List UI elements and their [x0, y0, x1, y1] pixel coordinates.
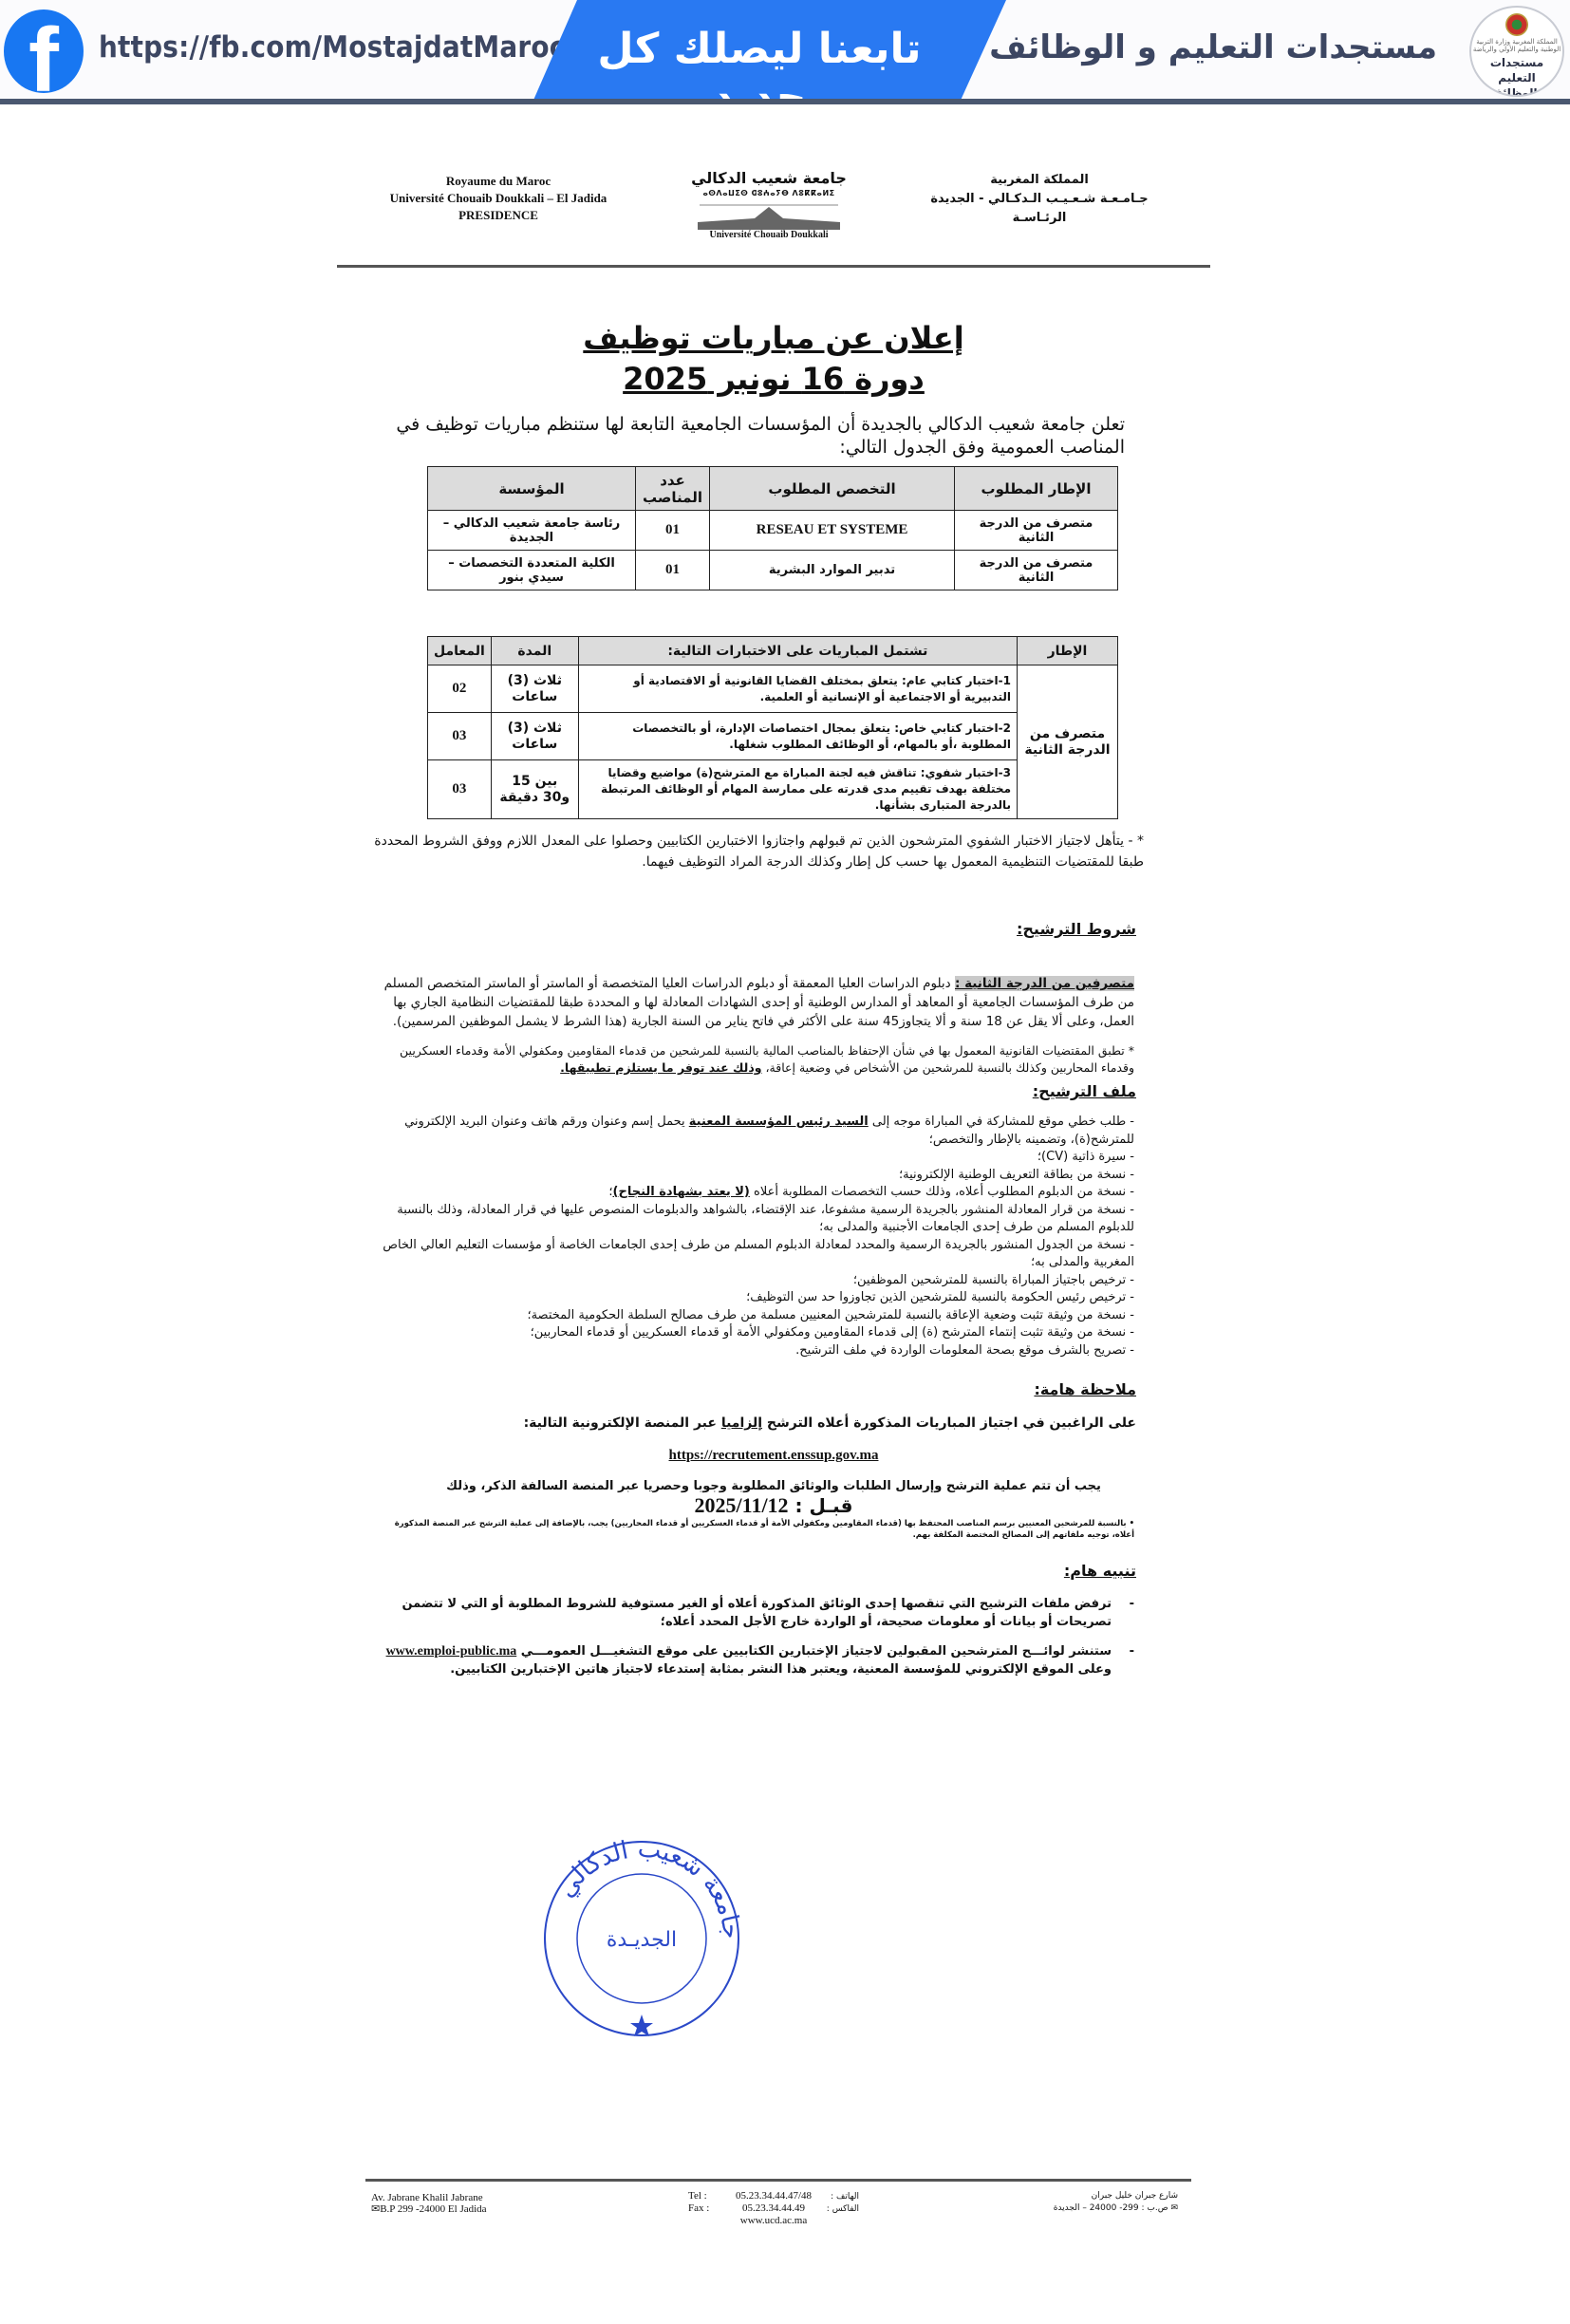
tel-value: 05.23.34.44.47/48 [726, 2190, 821, 2202]
intro-paragraph: تعلن جامعة شعيب الدكالي بالجديدة أن المؤ… [308, 400, 1210, 459]
list-item: - ترخيص باجتياز المباراة بالنسبة للمترشح… [365, 1272, 1134, 1290]
emblem-icon [1505, 13, 1528, 36]
table-row: 2-اختبار كتابي خاص: يتعلق بمجال اختصاصات… [428, 713, 1118, 760]
emploi-public-link[interactable]: www.emploi-public.ma [386, 1644, 517, 1659]
cell-institution: الكلية المتعددة التخصصات – سيدي بنور [428, 551, 636, 590]
title-line-2: دورة 16 نونبر 2025 [337, 358, 1210, 400]
website-link[interactable]: www.ucd.ac.ma [726, 2215, 821, 2226]
item-text: وعلى الموقع الإلكتروني للمؤسسة المعنية، … [450, 1662, 1112, 1677]
reserved-posts-note: * تطبق المقتضيات القانونية المعمول بها ف… [275, 1042, 1210, 1077]
footer-street-ar: شارع جبران خليل جبران [1054, 2190, 1178, 2202]
platform-text: على الراغبين في اجتياز المباريات المذكور… [762, 1415, 1136, 1431]
cell-duration: ثلاث (3) ساعات [491, 665, 578, 713]
tel-label: Tel : [688, 2190, 726, 2202]
recruitment-platform-link[interactable]: https://recrutement.enssup.gov.ma [337, 1448, 1210, 1464]
file-requirements-list: - طلب خطي موقع للمشاركة في المباراة موجه… [275, 1114, 1210, 1359]
top-banner: f https://fb.com/MostajdatMaroc تابعنا ل… [0, 0, 1570, 104]
letterhead-university-ar: جـامـعـة شـعـيـب الـدكـالي - الجديدة [897, 190, 1182, 209]
footer-address-ar: شارع جبران خليل جبران ✉ ص.ب : 299- 24000… [1054, 2190, 1178, 2215]
deadline: قبـل : 2025/11/12 [337, 1495, 1210, 1516]
mandatory-underlined: إلزاميا [721, 1415, 762, 1431]
banner-divider [0, 99, 1570, 104]
fax-label-ar: الفاكس : [821, 2203, 859, 2215]
facebook-icon[interactable]: f [4, 9, 84, 93]
tel-label-ar: الهاتف : [821, 2191, 859, 2202]
footer-po-box-fr: ✉B.P 299 -24000 El Jadida [371, 2203, 487, 2215]
list-item: ستنشر لوائـــح المترشحين المقبولين لاجتي… [365, 1642, 1134, 1678]
logo-name: مستجدات التعليم والوظائف [1471, 55, 1562, 97]
cell-institution: رئاسة جامعة شعيب الدكالي – الجديدة [428, 511, 636, 551]
footer-divider [365, 2179, 1191, 2182]
cell-specialty: RESEAU ET SYSTEME [710, 511, 955, 551]
cell-duration: بين 15 و30 دقيقة [491, 760, 578, 819]
header-duration: المدة [491, 637, 578, 665]
site-logo-icon[interactable]: المملكة المغربية وزارة التربية الوطنية و… [1469, 6, 1564, 97]
item-text: - نسخة من الدبلوم المطلوب أعلاه، وذلك حس… [750, 1185, 1134, 1199]
page-title: إعلان عن مباريات توظيف دورة 16 نونبر 202… [337, 318, 1210, 400]
logo-tifinagh-name: ⴰⵙⴷⴰⵡⵉⵙ ⵛⵓⵄⴰⵢⴱ ⴷⵓⴽⴽⴰⵍⵉ [688, 189, 850, 197]
conditions-highlight: متصرفين من الدرجة الثانية : [955, 976, 1134, 991]
letterhead-kingdom-ar: المملكة المغربية [897, 171, 1182, 190]
cell-frame: متصرف من الدرجة الثانية [955, 511, 1118, 551]
logo-arabic-name: جامعة شعيب الدكالي [688, 169, 850, 187]
header-coefficient: المعامل [428, 637, 492, 665]
cell-duration: ثلاث (3) ساعات [491, 713, 578, 760]
mountain-logo-icon [698, 203, 840, 230]
list-item: - نسخة من قرار المعادلة المنشور بالجريدة… [365, 1202, 1134, 1237]
logo-french-name: Université Chouaib Doukkali [688, 230, 850, 240]
letterhead-kingdom-fr: Royaume du Maroc [356, 173, 641, 190]
stamp-inner-text: الجديـدة [607, 1928, 677, 1952]
letterhead-presidence-ar: الرئـاسـة [897, 209, 1182, 228]
fax-label: Fax : [688, 2202, 726, 2214]
oral-exam-note: * - يتأهل لاجتياز الاختبار الشفوي المترش… [275, 819, 1210, 872]
header-exams: تشتمل المباريات على الاختبارات التالية: [578, 637, 1017, 665]
list-item: - سيرة ذاتية (CV)؛ [365, 1149, 1134, 1167]
footer-address-fr: Av. Jabrane Khalil Jabrane ✉B.P 299 -240… [371, 2192, 487, 2215]
cell-coefficient: 03 [428, 760, 492, 819]
platform-text: عبر المنصة الإلكترونية التالية: [524, 1415, 721, 1431]
list-item: - طلب خطي موقع للمشاركة في المباراة موجه… [365, 1114, 1134, 1149]
important-note-heading: ملاحظة هامة: [337, 1380, 1210, 1398]
letterhead: Royaume du Maroc Université Chouaib Douk… [337, 152, 1210, 271]
cell-frame: متصرف من الدرجة الثانية [1018, 665, 1118, 819]
header-specialty: التخصص المطلوب [710, 467, 955, 511]
university-logo: جامعة شعيب الدكالي ⴰⵙⴷⴰⵡⵉⵙ ⵛⵓⵄⴰⵢⴱ ⴷⵓⴽⴽⴰⵍ… [688, 169, 850, 240]
table-row: متصرف من الدرجة الثانية RESEAU ET SYSTEM… [428, 511, 1118, 551]
reserved-posts-text: * تطبق المقتضيات القانونية المعمول بها ف… [400, 1043, 1134, 1075]
facebook-url-link[interactable]: https://fb.com/MostajdatMaroc [99, 30, 565, 65]
logo-small-text: المملكة المغربية وزارة التربية الوطنية و… [1471, 38, 1562, 53]
table-row: متصرف من الدرجة الثانية 1-اختبار كتابي ع… [428, 665, 1118, 713]
follow-us-text: تابعنا ليصلك كل جديد [551, 25, 968, 122]
header-institution: المؤسسة [428, 467, 636, 511]
list-item: ترفض ملفات الترشيح التي تنقصها إحدى الوث… [365, 1595, 1134, 1631]
list-item: - ترخيص رئيس الحكومة بالنسبة للمترشحين ا… [365, 1289, 1134, 1307]
exams-header-row: الإطار تشتمل المباريات على الاختبارات ال… [428, 637, 1118, 665]
warning-heading: تنبيه هام: [337, 1562, 1210, 1580]
header-frame: الإطار المطلوب [955, 467, 1118, 511]
letterhead-divider [337, 265, 1210, 268]
cell-exam: 1-اختبار كتابي عام: يتعلق بمختلف القضايا… [578, 665, 1017, 713]
star-icon [630, 2015, 653, 2036]
list-item: - نسخة من وثيقة تثبت إنتماء المترشح (ة) … [365, 1324, 1134, 1342]
list-item: - نسخة من الجدول المنشور بالجريدة الرسمي… [365, 1237, 1134, 1272]
footer-po-box-ar: ✉ ص.ب : 299- 24000 – الجديدة [1054, 2202, 1178, 2215]
cell-count: 01 [636, 511, 710, 551]
conditions-heading: شروط الترشيح: [337, 920, 1210, 938]
header-count: عدد المناصب [636, 467, 710, 511]
exams-table: الإطار تشتمل المباريات على الاختبارات ال… [427, 636, 1118, 819]
warning-list: ترفض ملفات الترشيح التي تنقصها إحدى الوث… [275, 1595, 1210, 1678]
item-text: - طلب خطي موقع للمشاركة في المباراة موجه… [869, 1115, 1134, 1129]
table-row: 3-اختبار شفوي: تناقش فيه لجنة المباراة م… [428, 760, 1118, 819]
reserved-posts-underlined: وذلك عند توفر ما يستلزم تطبيقها. [560, 1060, 761, 1075]
official-stamp-icon: جامعة شعيب الدكالي الجديـدة [541, 1838, 742, 2039]
exam-label: 3-اختبار شفوي: [921, 766, 1011, 779]
cell-exam: 3-اختبار شفوي: تناقش فيه لجنة المباراة م… [578, 760, 1017, 819]
cell-count: 01 [636, 551, 710, 590]
list-item: - نسخة من الدبلوم المطلوب أعلاه، وذلك حس… [365, 1184, 1134, 1202]
fax-value: 05.23.34.44.49 [726, 2202, 821, 2214]
exam-label: 1-اختبار كتابي عام: [902, 674, 1011, 687]
letterhead-french: Royaume du Maroc Université Chouaib Douk… [356, 173, 641, 224]
letterhead-university-fr: Université Chouaib Doukkali – El Jadida [356, 190, 641, 207]
exam-label: 2-اختبار كتابي خاص: [894, 722, 1011, 735]
reserved-posts-bullet: • بالنسبة للمرشحين المعنيين برسم المناصب… [275, 1518, 1210, 1541]
list-item: - نسخة من وثيقة تثبت وضعية الإعاقة بالنس… [365, 1307, 1134, 1325]
file-heading: ملف الترشيح: [337, 1082, 1210, 1100]
cell-coefficient: 02 [428, 665, 492, 713]
list-item: - تصريح بالشرف موقع بصحة المعلومات الوار… [365, 1342, 1134, 1360]
cell-exam: 2-اختبار كتابي خاص: يتعلق بمجال اختصاصات… [578, 713, 1017, 760]
cell-frame: متصرف من الدرجة الثانية [955, 551, 1118, 590]
cell-specialty: تدبير الموارد البشرية [710, 551, 955, 590]
item-text: ستنشر لوائـــح المترشحين المقبولين لاجتي… [516, 1644, 1112, 1659]
platform-requirement: على الراغبين في اجتياز المباريات المذكور… [337, 1415, 1210, 1431]
svg-text:جامعة شعيب الدكالي: جامعة شعيب الدكالي [551, 1838, 742, 1940]
title-line-1: إعلان عن مباريات توظيف [337, 318, 1210, 358]
deadline-date: 2025/11/12 [695, 1493, 789, 1517]
letterhead-arabic: المملكة المغربية جـامـعـة شـعـيـب الـدكـ… [897, 171, 1182, 228]
announcement-document: Royaume du Maroc Université Chouaib Douk… [337, 152, 1210, 1690]
submission-instruction: يجب أن تتم عملية الترشح وإرسال الطلبات و… [337, 1479, 1210, 1493]
letterhead-presidence-fr: PRESIDENCE [356, 207, 641, 224]
positions-header-row: الإطار المطلوب التخصص المطلوب عدد المناص… [428, 467, 1118, 511]
positions-table: الإطار المطلوب التخصص المطلوب عدد المناص… [427, 466, 1118, 590]
footer-street-fr: Av. Jabrane Khalil Jabrane [371, 2192, 487, 2203]
item-underlined: (لا يعتد بشهادة النجاح) [613, 1185, 750, 1199]
header-frame: الإطار [1018, 637, 1118, 665]
list-item: - نسخة من بطاقة التعريف الوطنية الإلكترو… [365, 1167, 1134, 1185]
document-footer: Av. Jabrane Khalil Jabrane ✉B.P 299 -240… [365, 2188, 1191, 2236]
stamp-outer-text: جامعة شعيب الدكالي [551, 1838, 742, 1940]
table-row: متصرف من الدرجة الثانية تدبير الموارد ال… [428, 551, 1118, 590]
footer-contact: Tel :05.23.34.44.47/48الهاتف : Fax :05.2… [688, 2190, 859, 2226]
deadline-label: قبـل : [795, 1494, 853, 1517]
cell-coefficient: 03 [428, 713, 492, 760]
site-name: مستجدات التعليم و الوظائف [989, 28, 1437, 66]
conditions-paragraph: متصرفين من الدرجة الثانية : دبلوم الدراس… [275, 974, 1210, 1031]
item-underlined: السيد رئيس المؤسسة المعنية [689, 1115, 869, 1129]
